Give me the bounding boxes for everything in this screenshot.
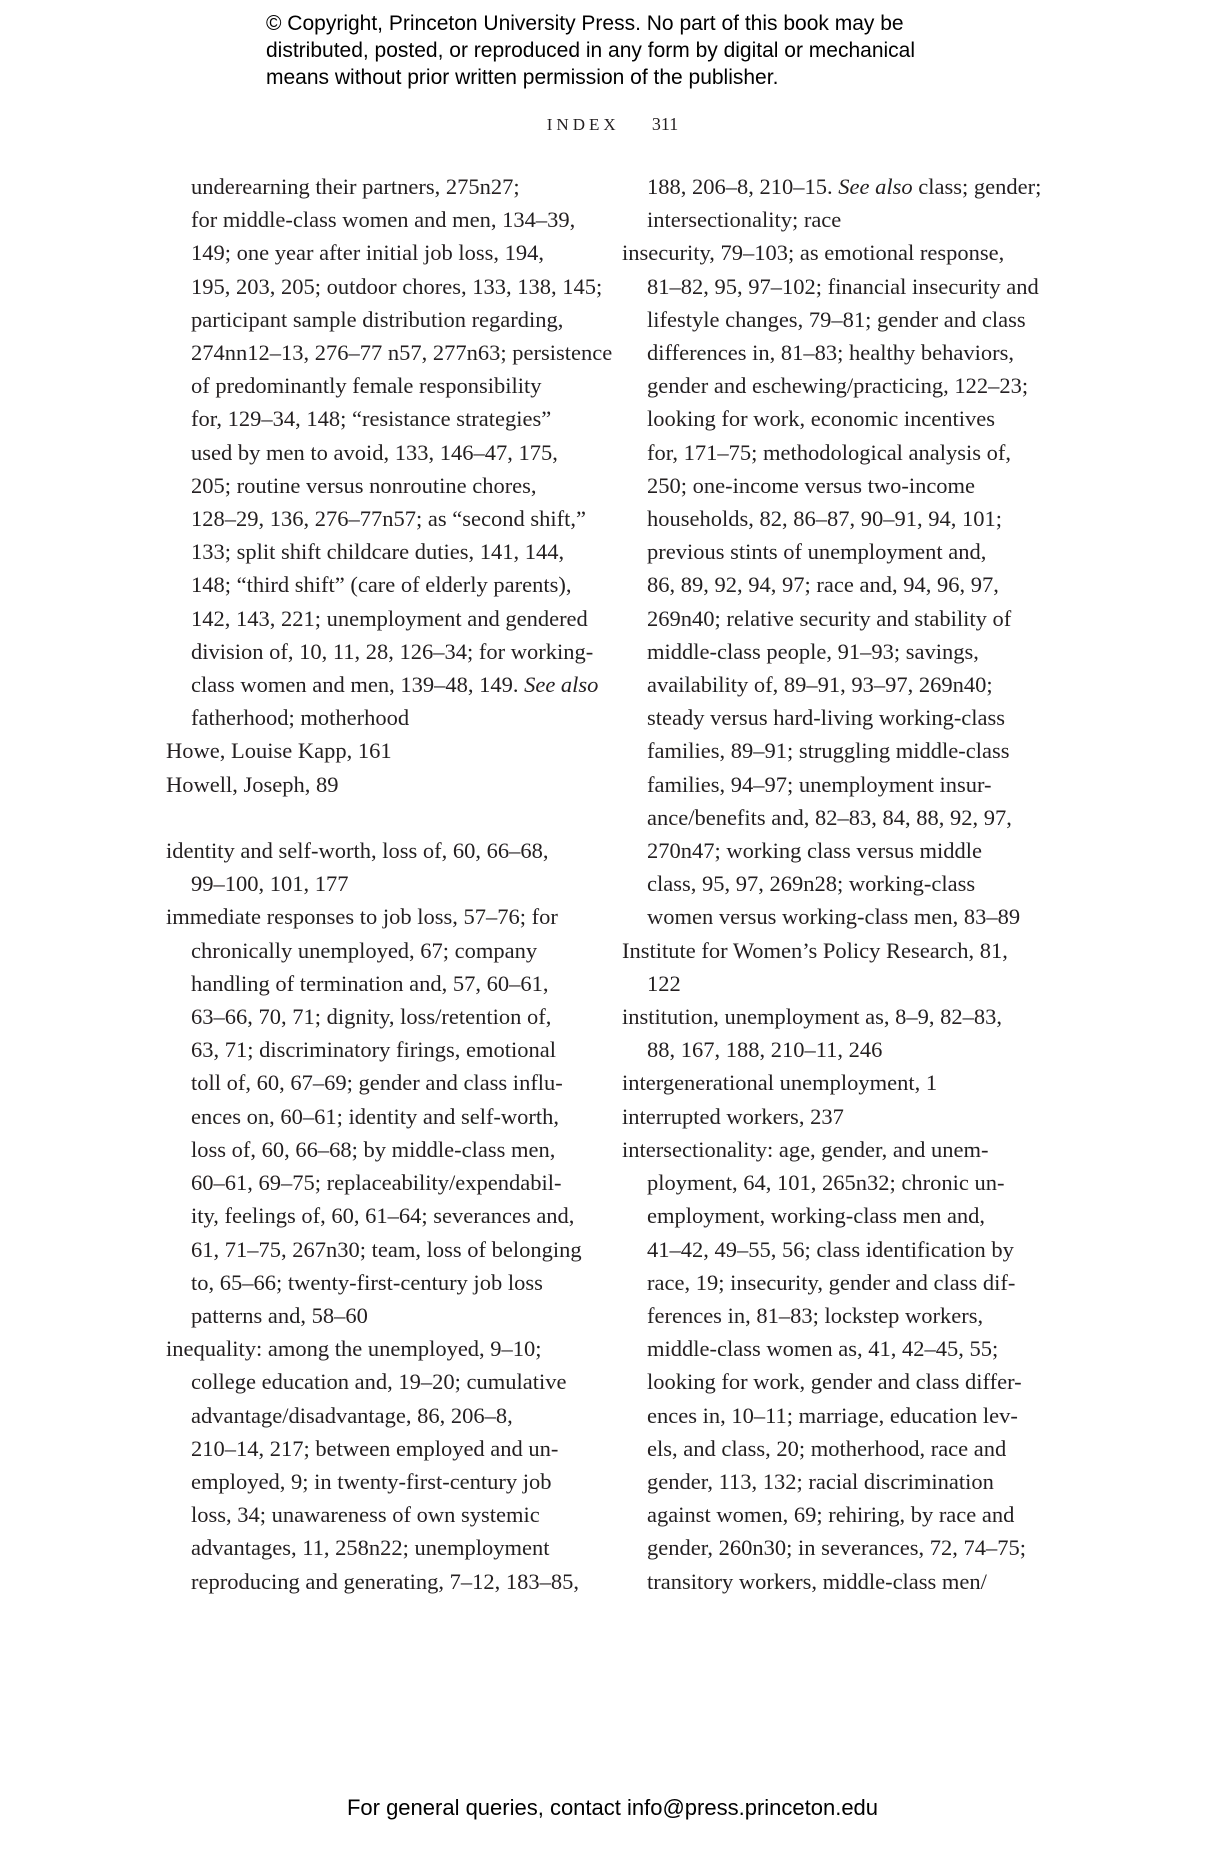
index-subentry-line: women versus working-class men, 83–89 [622, 900, 1042, 933]
index-entry-line: inequality: among the unemployed, 9–10; [166, 1332, 586, 1365]
index-entry-line: intergenerational unemployment, 1 [622, 1066, 1042, 1099]
index-subentry-line: 269n40; relative security and stability … [622, 602, 1042, 635]
index-entry-line: immediate responses to job loss, 57–76; … [166, 900, 586, 933]
index-subentry-line: 270n47; working class versus middle [622, 834, 1042, 867]
index-subentry-line: differences in, 81–83; healthy behaviors… [622, 336, 1042, 369]
index-subentry-line: toll of, 60, 67–69; gender and class inf… [166, 1066, 586, 1099]
index-column-right: 188, 206–8, 210–15. See also class; gend… [622, 170, 1042, 1598]
index-subentry-line: 63, 71; discriminatory firings, emotiona… [166, 1033, 586, 1066]
index-subentry-line: gender, 113, 132; racial discrimination [622, 1465, 1042, 1498]
index-subentry-line: for, 171–75; methodological analysis of, [622, 436, 1042, 469]
index-subentry-line: patterns and, 58–60 [166, 1299, 586, 1332]
see-also-label: See also [524, 672, 598, 697]
index-subentry-line: gender and eschewing/practicing, 122–23; [622, 369, 1042, 402]
index-subentry-line: used by men to avoid, 133, 146–47, 175, [166, 436, 586, 469]
index-subentry-line: 99–100, 101, 177 [166, 867, 586, 900]
index-entry-line: Howell, Joseph, 89 [166, 768, 586, 801]
index-entry-line: institution, unemployment as, 8–9, 82–83… [622, 1000, 1042, 1033]
index-subentry-line: fatherhood; motherhood [166, 701, 586, 734]
index-subentry-line: division of, 10, 11, 28, 126–34; for wor… [166, 635, 586, 668]
section-title: INDEX [547, 115, 620, 134]
index-subentry-line: 86, 89, 92, 94, 97; race and, 94, 96, 97… [622, 568, 1042, 601]
index-subentry-line: 148; “third shift” (care of elderly pare… [166, 568, 586, 601]
index-subentry-line: 122 [622, 967, 1042, 1000]
index-subentry-line: 210–14, 217; between employed and un- [166, 1432, 586, 1465]
index-letter-gap [166, 801, 586, 834]
index-subentry-line: 142, 143, 221; unemployment and gendered [166, 602, 586, 635]
footer-contact: For general queries, contact info@press.… [0, 1795, 1225, 1821]
index-subentry-line: families, 94–97; unemployment insur- [622, 768, 1042, 801]
index-subentry-line: employment, working-class men and, [622, 1199, 1042, 1232]
index-subentry-line: gender, 260n30; in severances, 72, 74–75… [622, 1531, 1042, 1564]
index-subentry-line: ences in, 10–11; marriage, education lev… [622, 1399, 1042, 1432]
index-subentry-line: participant sample distribution regardin… [166, 303, 586, 336]
index-subentry-line: against women, 69; rehiring, by race and [622, 1498, 1042, 1531]
index-subentry-line: advantage/disadvantage, 86, 206–8, [166, 1399, 586, 1432]
index-subentry-line: 250; one-income versus two-income [622, 469, 1042, 502]
index-subentry-line: to, 65–66; twenty-first-century job loss [166, 1266, 586, 1299]
index-subentry-line: handling of termination and, 57, 60–61, [166, 967, 586, 1000]
index-subentry-line: middle-class people, 91–93; savings, [622, 635, 1042, 668]
index-entry-line: Howe, Louise Kapp, 161 [166, 734, 586, 767]
index-subentry-line: loss of, 60, 66–68; by middle-class men, [166, 1133, 586, 1166]
index-subentry-line: looking for work, economic incentives [622, 402, 1042, 435]
index-subentry-line: 61, 71–75, 267n30; team, loss of belongi… [166, 1233, 586, 1266]
index-subentry-line: middle-class women as, 41, 42–45, 55; [622, 1332, 1042, 1365]
index-subentry-line: of predominantly female responsibility [166, 369, 586, 402]
index-subentry-line: race, 19; insecurity, gender and class d… [622, 1266, 1042, 1299]
index-subentry-line: intersectionality; race [622, 203, 1042, 236]
index-subentry-line: households, 82, 86–87, 90–91, 94, 101; [622, 502, 1042, 535]
copyright-line: distributed, posted, or reproduced in an… [266, 37, 1026, 64]
index-subentry-line: college education and, 19–20; cumulative [166, 1365, 586, 1398]
index-subentry-line: 41–42, 49–55, 56; class identification b… [622, 1233, 1042, 1266]
index-subentry-line: class, 95, 97, 269n28; working-class [622, 867, 1042, 900]
copyright-line: © Copyright, Princeton University Press.… [266, 10, 1026, 37]
index-subentry-line: loss, 34; unawareness of own systemic [166, 1498, 586, 1531]
index-entry-line: identity and self-worth, loss of, 60, 66… [166, 834, 586, 867]
index-subentry-line: for middle-class women and men, 134–39, [166, 203, 586, 236]
index-subentry-line: lifestyle changes, 79–81; gender and cla… [622, 303, 1042, 336]
index-subentry-line: 205; routine versus nonroutine chores, [166, 469, 586, 502]
index-column-left: underearning their partners, 275n27;for … [166, 170, 586, 1598]
index-subentry-line: steady versus hard-living working-class [622, 701, 1042, 734]
see-also-label: See also [838, 174, 912, 199]
index-subentry-line: 81–82, 95, 97–102; financial insecurity … [622, 270, 1042, 303]
index-entry-line: intersectionality: age, gender, and unem… [622, 1133, 1042, 1166]
index-subentry-line: 128–29, 136, 276–77n57; as “second shift… [166, 502, 586, 535]
index-subentry-line: class women and men, 139–48, 149. See al… [166, 668, 586, 701]
index-subentry-line: employed, 9; in twenty-first-century job [166, 1465, 586, 1498]
index-subentry-line: transitory workers, middle-class men/ [622, 1565, 1042, 1598]
index-subentry-line: chronically unemployed, 67; company [166, 934, 586, 967]
index-subentry-line: 63–66, 70, 71; dignity, loss/retention o… [166, 1000, 586, 1033]
index-subentry-line: for, 129–34, 148; “resistance strategies… [166, 402, 586, 435]
index-subentry-line: ance/benefits and, 82–83, 84, 88, 92, 97… [622, 801, 1042, 834]
copyright-notice: © Copyright, Princeton University Press.… [266, 10, 1026, 91]
index-subentry-line: ity, feelings of, 60, 61–64; severances … [166, 1199, 586, 1232]
page-number: 311 [652, 114, 678, 134]
running-head: INDEX 311 [0, 114, 1225, 135]
index-subentry-line: advantages, 11, 258n22; unemployment [166, 1531, 586, 1564]
copyright-line: means without prior written permission o… [266, 64, 1026, 91]
index-entry-line: interrupted workers, 237 [622, 1100, 1042, 1133]
index-subentry-line: families, 89–91; struggling middle-class [622, 734, 1042, 767]
index-subentry-line: 195, 203, 205; outdoor chores, 133, 138,… [166, 270, 586, 303]
index-subentry-line: availability of, 89–91, 93–97, 269n40; [622, 668, 1042, 701]
index-subentry-line: looking for work, gender and class diffe… [622, 1365, 1042, 1398]
index-subentry-line: 188, 206–8, 210–15. See also class; gend… [622, 170, 1042, 203]
index-subentry-line: previous stints of unemployment and, [622, 535, 1042, 568]
index-subentry-line: ences on, 60–61; identity and self-worth… [166, 1100, 586, 1133]
index-subentry-line: 88, 167, 188, 210–11, 246 [622, 1033, 1042, 1066]
index-subentry-line: 274nn12–13, 276–77 n57, 277n63; persiste… [166, 336, 586, 369]
index-subentry-line: ployment, 64, 101, 265n32; chronic un- [622, 1166, 1042, 1199]
index-subentry-line: ferences in, 81–83; lockstep workers, [622, 1299, 1042, 1332]
index-subentry-line: els, and class, 20; motherhood, race and [622, 1432, 1042, 1465]
index-entry-line: Institute for Women’s Policy Research, 8… [622, 934, 1042, 967]
index-subentry-line: underearning their partners, 275n27; [166, 170, 586, 203]
index-subentry-line: 149; one year after initial job loss, 19… [166, 236, 586, 269]
index-subentry-line: 60–61, 69–75; replaceability/expendabil- [166, 1166, 586, 1199]
index-subentry-line: reproducing and generating, 7–12, 183–85… [166, 1565, 586, 1598]
index-subentry-line: 133; split shift childcare duties, 141, … [166, 535, 586, 568]
index-entry-line: insecurity, 79–103; as emotional respons… [622, 236, 1042, 269]
